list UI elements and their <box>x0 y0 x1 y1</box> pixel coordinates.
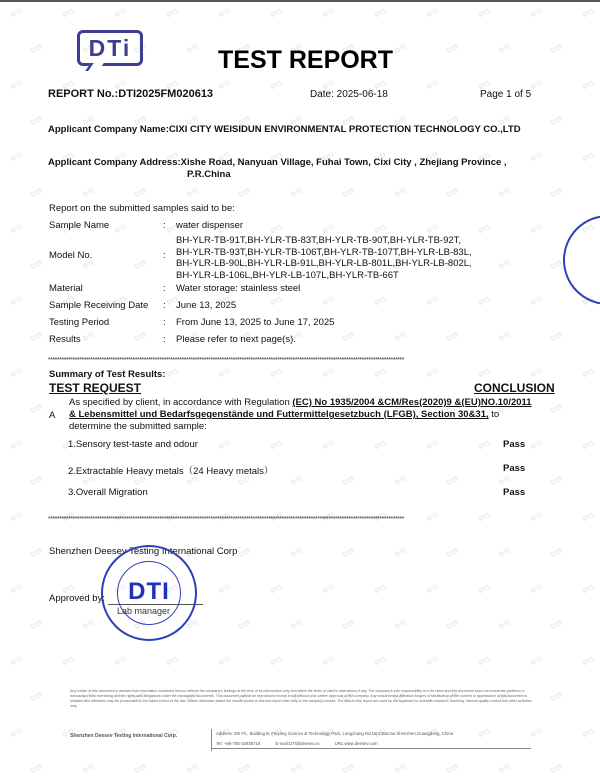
watermark: DTI <box>582 8 595 19</box>
watermark: DTI <box>30 332 43 343</box>
test-result: Pass <box>503 487 525 498</box>
watermark: DTI <box>446 764 459 775</box>
watermark: DTI <box>270 368 283 379</box>
watermark: DTI <box>530 728 543 739</box>
watermark: DTI <box>218 80 231 91</box>
watermark: DTI <box>394 548 407 559</box>
footer-corp: Shenzhen Deesev Testing International Co… <box>70 733 177 739</box>
watermark: DTI <box>322 368 335 379</box>
watermark: DTI <box>10 728 23 739</box>
watermark: DTI <box>322 224 335 235</box>
watermark: DTI <box>218 8 231 19</box>
watermark: DTI <box>62 656 75 667</box>
watermark: DTI <box>218 656 231 667</box>
watermark: DTI <box>10 8 23 19</box>
watermark: DTI <box>114 224 127 235</box>
watermark: DTI <box>82 332 95 343</box>
watermark: DTI <box>10 512 23 523</box>
field-value: From June 13, 2025 to June 17, 2025 <box>176 317 334 329</box>
field-value-line: Water storage: stainless steel <box>176 283 300 295</box>
watermark: DTI <box>186 476 199 487</box>
watermark: DTI <box>582 440 595 451</box>
watermark: DTI <box>82 476 95 487</box>
applicant-address-country: P.R.China <box>187 169 231 180</box>
watermark: DTI <box>290 476 303 487</box>
watermark: DTI <box>582 152 595 163</box>
watermark: DTI <box>478 8 491 19</box>
test-result: Pass <box>503 463 525 474</box>
watermark: DTI <box>374 296 387 307</box>
field-label: Results <box>49 334 81 345</box>
watermark: DTI <box>550 188 563 199</box>
watermark: DTI <box>30 260 43 271</box>
watermark: DTI <box>82 260 95 271</box>
watermark: DTI <box>166 368 179 379</box>
watermark: DTI <box>238 188 251 199</box>
watermark: DTI <box>478 296 491 307</box>
watermark: DTI <box>530 584 543 595</box>
watermark: DTI <box>186 44 199 55</box>
watermark: DTI <box>394 188 407 199</box>
field-colon: : <box>163 220 166 231</box>
watermark: DTI <box>374 224 387 235</box>
approved-by-label: Approved by: <box>49 593 105 604</box>
watermark: DTI <box>30 116 43 127</box>
watermark: DTI <box>446 44 459 55</box>
watermark: DTI <box>498 260 511 271</box>
watermark: DTI <box>322 296 335 307</box>
field-label: Sample Receiving Date <box>49 300 148 311</box>
test-request-header: TEST REQUEST <box>49 381 141 395</box>
watermark: DTI <box>582 368 595 379</box>
field-value-line: BH-YLR-LB-106L,BH-YLR-LB-107L,BH-YLR-TB-… <box>176 270 472 282</box>
watermark: DTI <box>134 476 147 487</box>
watermark: DTI <box>498 620 511 631</box>
watermark: DTI <box>10 368 23 379</box>
field-value: BH-YLR-TB-91T,BH-YLR-TB-83T,BH-YLR-TB-90… <box>176 235 472 281</box>
watermark: DTI <box>550 764 563 775</box>
field-value-line: Please refer to next page(s). <box>176 334 296 346</box>
watermark: DTI <box>218 584 231 595</box>
sample-intro: Report on the submitted samples said to … <box>49 203 235 214</box>
watermark: DTI <box>322 8 335 19</box>
watermark: DTI <box>582 584 595 595</box>
regulation-text: As specified by client, in accordance wi… <box>69 397 559 433</box>
field-value-line: June 13, 2025 <box>176 300 236 312</box>
item-letter: A <box>49 410 55 421</box>
watermark: DTI <box>550 620 563 631</box>
watermark: DTI <box>186 620 199 631</box>
watermark: DTI <box>30 44 43 55</box>
watermark: DTI <box>342 620 355 631</box>
watermark: DTI <box>62 8 75 19</box>
regulation-ref-1: (EC) No 1935/2004 &CM/Res(2020)9 &(EU)NO… <box>292 397 531 408</box>
field-value-line: BH-YLR-TB-91T,BH-YLR-TB-83T,BH-YLR-TB-90… <box>176 235 472 247</box>
watermark: DTI <box>550 332 563 343</box>
watermark: DTI <box>270 8 283 19</box>
field-colon: : <box>163 334 166 345</box>
watermark: DTI <box>270 224 283 235</box>
watermark: DTI <box>10 656 23 667</box>
watermark: DTI <box>550 548 563 559</box>
watermark: DTI <box>30 764 43 775</box>
reg-prefix: As specified by client, in accordance wi… <box>69 397 292 408</box>
footer-email[interactable]: E-mail:DTI@deesev.cn <box>276 741 320 746</box>
watermark: DTI <box>550 476 563 487</box>
watermark: DTI <box>550 44 563 55</box>
watermark: DTI <box>582 80 595 91</box>
watermark: DTI <box>270 584 283 595</box>
watermark: DTI <box>342 188 355 199</box>
field-value-line: BH-YLR-TB-93T,BH-YLR-TB-106T,BH-YLR-TB-1… <box>176 247 472 259</box>
reg-line3: determine the submitted sample: <box>69 421 207 432</box>
edge-stamp <box>563 215 600 305</box>
watermark: DTI <box>426 296 439 307</box>
watermark: DTI <box>342 764 355 775</box>
watermark: DTI <box>530 296 543 307</box>
field-value: water dispenser <box>176 220 243 232</box>
watermark: DTI <box>550 260 563 271</box>
field-value: Please refer to next page(s). <box>176 334 296 346</box>
watermark: DTI <box>498 332 511 343</box>
watermark: DTI <box>426 440 439 451</box>
watermark: DTI <box>374 656 387 667</box>
watermark: DTI <box>290 620 303 631</box>
test-result: Pass <box>503 439 525 450</box>
watermark: DTI <box>342 476 355 487</box>
watermark: DTI <box>134 332 147 343</box>
stamp-text: DTI <box>103 578 195 606</box>
watermark: DTI <box>426 80 439 91</box>
watermark: DTI <box>394 764 407 775</box>
watermark: DTI <box>498 44 511 55</box>
footer-contact: Tel: +86-755-32936716 E-mail:DTI@deesev.… <box>216 741 392 746</box>
summary-heading: Summary of Test Results: <box>49 369 166 380</box>
field-value: Water storage: stainless steel <box>176 283 300 295</box>
watermark: DTI <box>478 584 491 595</box>
watermark: DTI <box>530 80 543 91</box>
field-value-line: water dispenser <box>176 220 243 232</box>
field-label: Testing Period <box>49 317 109 328</box>
separator: ****************************************… <box>48 357 552 364</box>
watermark: DTI <box>10 224 23 235</box>
watermark: DTI <box>322 440 335 451</box>
test-item: 3.Overall Migration <box>68 487 148 498</box>
watermark: DTI <box>270 80 283 91</box>
watermark: DTI <box>114 8 127 19</box>
field-value: June 13, 2025 <box>176 300 236 312</box>
watermark: DTI <box>270 440 283 451</box>
disclaimer: Any holder of this document is advised t… <box>70 689 532 709</box>
watermark: DTI <box>322 656 335 667</box>
page-indicator: Page 1 of 5 <box>480 89 531 100</box>
watermark: DTI <box>394 332 407 343</box>
watermark: DTI <box>114 656 127 667</box>
watermark: DTI <box>238 548 251 559</box>
watermark: DTI <box>10 152 23 163</box>
watermark: DTI <box>478 440 491 451</box>
regulation-ref-2: & Lebensmittel und Bedarfsgegenstände un… <box>69 409 489 420</box>
watermark: DTI <box>290 548 303 559</box>
watermark: DTI <box>582 512 595 523</box>
watermark: DTI <box>426 584 439 595</box>
watermark: DTI <box>186 188 199 199</box>
watermark: DTI <box>82 764 95 775</box>
watermark: DTI <box>426 8 439 19</box>
watermark: DTI <box>238 764 251 775</box>
watermark: DTI <box>30 620 43 631</box>
field-label: Model No. <box>49 250 92 261</box>
watermark: DTI <box>498 188 511 199</box>
footer-address: Address: 9th Flr., Building B, Feiyang S… <box>216 731 453 736</box>
watermark: DTI <box>30 404 43 415</box>
logo-text: DTi <box>89 35 132 61</box>
watermark: DTI <box>582 656 595 667</box>
watermark: DTI <box>446 332 459 343</box>
field-colon: : <box>163 300 166 311</box>
watermark: DTI <box>582 728 595 739</box>
watermark: DTI <box>394 620 407 631</box>
separator-2: ****************************************… <box>48 516 552 523</box>
watermark: DTI <box>550 116 563 127</box>
watermark: DTI <box>134 260 147 271</box>
company-stamp: DTI <box>101 545 197 641</box>
conclusion-header: CONCLUSION <box>474 381 555 395</box>
field-label: Sample Name <box>49 220 109 231</box>
watermark: DTI <box>498 764 511 775</box>
watermark: DTI <box>374 368 387 379</box>
footer-tel: Tel: +86-755-32936716 <box>216 741 260 746</box>
watermark: DTI <box>530 224 543 235</box>
watermark: DTI <box>134 188 147 199</box>
watermark: DTI <box>478 728 491 739</box>
watermark: DTI <box>270 296 283 307</box>
watermark: DTI <box>218 440 231 451</box>
watermark: DTI <box>30 476 43 487</box>
watermark: DTI <box>30 548 43 559</box>
watermark: DTI <box>478 656 491 667</box>
field-value-line: BH-YLR-LB-90L,BH-YLR-LB-91L,BH-YLR-LB-80… <box>176 258 472 270</box>
watermark: DTI <box>82 620 95 631</box>
watermark: DTI <box>342 548 355 559</box>
report-date: Date: 2025-06-18 <box>310 89 388 100</box>
watermark: DTI <box>478 368 491 379</box>
watermark: DTI <box>446 548 459 559</box>
watermark: DTI <box>186 764 199 775</box>
footer-line <box>211 748 531 749</box>
watermark: DTI <box>426 368 439 379</box>
dti-logo: DTi <box>77 30 143 66</box>
watermark: DTI <box>238 620 251 631</box>
watermark: DTI <box>478 224 491 235</box>
watermark: DTI <box>498 476 511 487</box>
watermark: DTI <box>426 224 439 235</box>
watermark: DTI <box>10 80 23 91</box>
watermark: DTI <box>290 764 303 775</box>
report-number: REPORT No.:DTI2025FM020613 <box>48 88 213 100</box>
watermark: DTI <box>218 368 231 379</box>
watermark: DTI <box>550 692 563 703</box>
footer-url[interactable]: URL:www.deesev.com <box>335 741 378 746</box>
watermark: DTI <box>374 8 387 19</box>
watermark: DTI <box>270 656 283 667</box>
field-colon: : <box>163 317 166 328</box>
watermark: DTI <box>426 656 439 667</box>
watermark: DTI <box>134 764 147 775</box>
watermark: DTI <box>498 548 511 559</box>
field-label: Material <box>49 283 83 294</box>
watermark: DTI <box>82 188 95 199</box>
applicant-address: Applicant Company Address:Xishe Road, Na… <box>48 157 507 168</box>
watermark: DTI <box>342 332 355 343</box>
watermark: DTI <box>394 476 407 487</box>
watermark: DTI <box>446 620 459 631</box>
watermark: DTI <box>166 656 179 667</box>
test-item: 1.Sensory test-taste and odour <box>68 439 198 450</box>
watermark: DTI <box>30 188 43 199</box>
applicant-name: Applicant Company Name:CIXI CITY WEISIDU… <box>48 124 521 135</box>
watermark: DTI <box>166 8 179 19</box>
watermark: DTI <box>374 440 387 451</box>
watermark: DTI <box>530 368 543 379</box>
field-colon: : <box>163 250 166 261</box>
watermark: DTI <box>30 692 43 703</box>
watermark: DTI <box>530 440 543 451</box>
watermark: DTI <box>10 440 23 451</box>
watermark: DTI <box>10 584 23 595</box>
field-value-line: From June 13, 2025 to June 17, 2025 <box>176 317 334 329</box>
test-item: 2.Extractable Heavy metals（24 Heavy meta… <box>68 463 273 477</box>
reg-suffix: to <box>489 409 500 420</box>
watermark: DTI <box>446 188 459 199</box>
watermark: DTI <box>394 44 407 55</box>
watermark: DTI <box>238 476 251 487</box>
watermark: DTI <box>374 584 387 595</box>
watermark: DTI <box>530 656 543 667</box>
field-colon: : <box>163 283 166 294</box>
watermark: DTI <box>10 296 23 307</box>
top-border <box>0 0 600 2</box>
watermark: DTI <box>290 188 303 199</box>
watermark: DTI <box>446 476 459 487</box>
watermark: DTI <box>530 8 543 19</box>
watermark: DTI <box>322 584 335 595</box>
page-title: TEST REPORT <box>218 46 393 75</box>
watermark: DTI <box>530 152 543 163</box>
